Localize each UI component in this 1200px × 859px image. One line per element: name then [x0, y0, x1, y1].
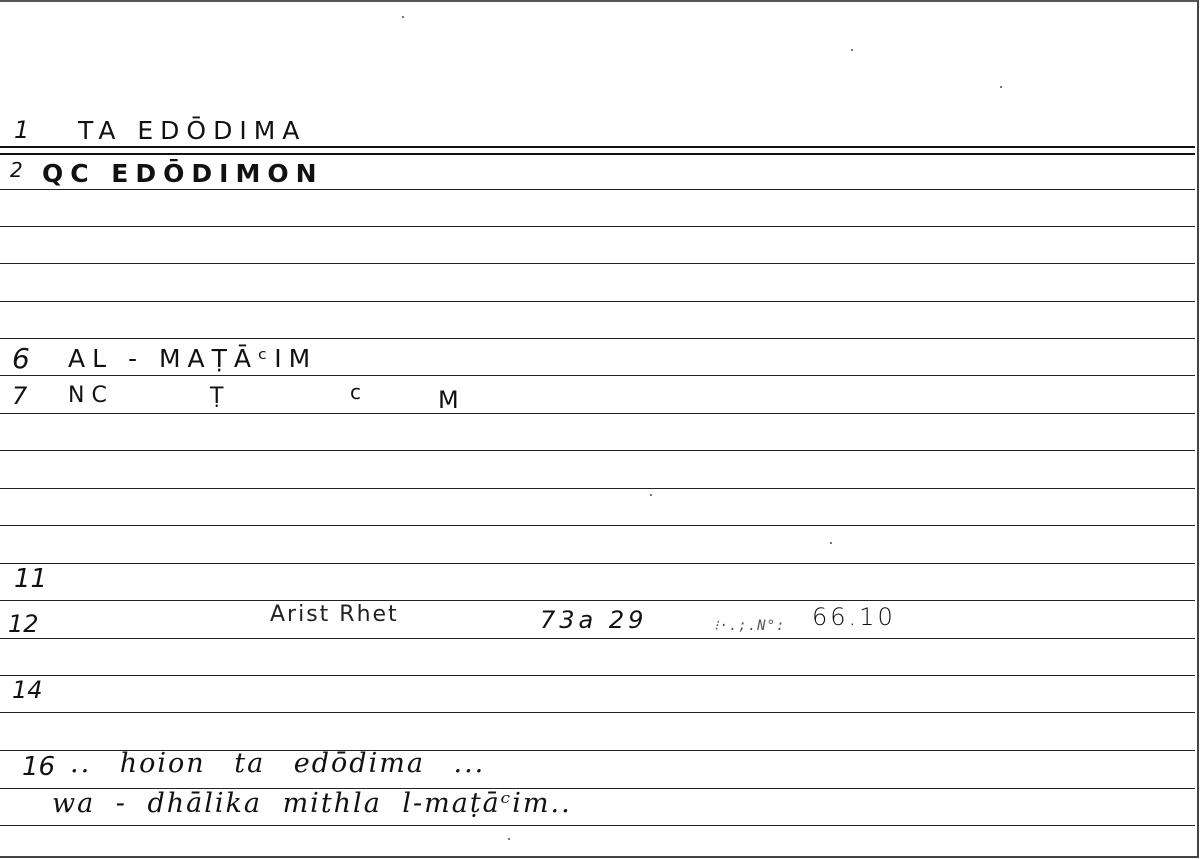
scan-speck	[402, 16, 404, 18]
line-number: 1	[14, 116, 29, 144]
line-number: 11	[14, 564, 47, 594]
source-citation: Arist Rhet	[270, 602, 399, 627]
root-letter-m: M	[438, 386, 466, 414]
headword-singular: QC EDŌDIMON	[42, 159, 324, 188]
ruled-line	[0, 600, 1195, 601]
stamp-mark: ⁝·.;.Ν°:	[714, 618, 785, 634]
line-number: 14	[12, 676, 43, 704]
ruled-line	[0, 375, 1195, 376]
ruled-line	[0, 525, 1195, 526]
ruled-line	[0, 413, 1195, 414]
greek-context: .. hoion ta edōdima ...	[70, 748, 485, 779]
scan-speck	[851, 49, 853, 51]
scan-speck	[508, 838, 510, 840]
arabic-translation: AL - MAṬĀᶜIM	[68, 344, 317, 373]
ruled-line	[0, 301, 1195, 302]
line-number: 16	[22, 752, 55, 782]
ruled-line	[0, 153, 1195, 155]
ruled-line	[0, 226, 1195, 227]
root-letter-c: c	[350, 380, 368, 404]
ruled-line	[0, 488, 1195, 489]
scan-speck	[830, 542, 832, 544]
ruled-line	[0, 450, 1195, 451]
root-letters-nc: NC	[68, 383, 114, 408]
page-line-reference: 66.10	[812, 603, 896, 631]
scan-speck	[650, 494, 652, 496]
line-number: 12	[8, 610, 39, 638]
ruled-line	[0, 563, 1195, 564]
ruled-line	[0, 263, 1195, 264]
bekker-reference: 73a 29	[540, 606, 647, 634]
ruled-line	[0, 338, 1195, 339]
index-card: 1 TA EDŌDIMA 2 QC EDŌDIMON 6 AL - MAṬĀᶜI…	[0, 0, 1199, 858]
arabic-context: wa - dhālika mithla l-maṭāᶜim..	[52, 788, 572, 819]
ruled-line	[0, 189, 1195, 190]
ruled-line	[0, 675, 1195, 676]
line-number: 2	[10, 158, 23, 182]
line-number: 6	[12, 342, 30, 375]
scan-speck	[1000, 86, 1002, 88]
ruled-line	[0, 146, 1195, 148]
root-letter-t: Ṭ	[210, 384, 230, 409]
headword-plural: TA EDŌDIMA	[78, 116, 306, 145]
ruled-line	[0, 825, 1195, 826]
ruled-line	[0, 638, 1195, 639]
ruled-line	[0, 712, 1195, 713]
line-number: 7	[12, 382, 27, 410]
